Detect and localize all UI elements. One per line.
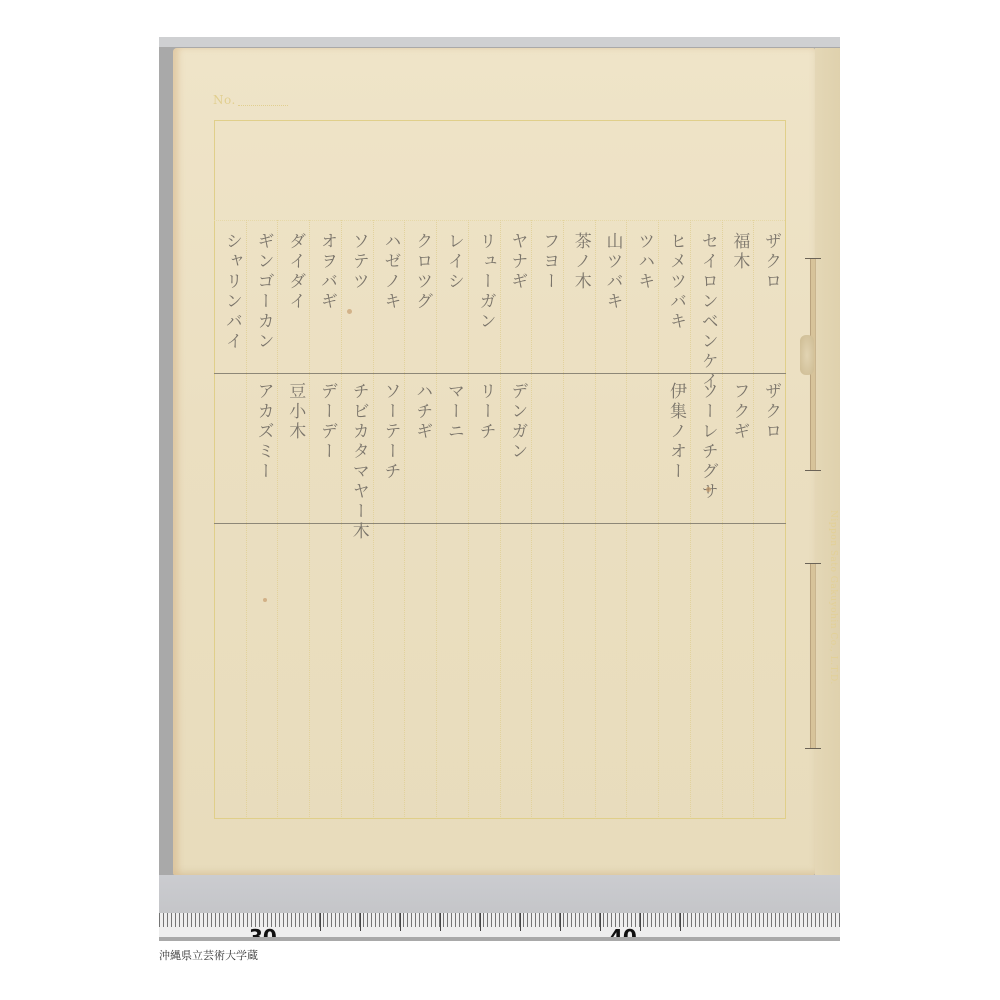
ruler-major-tick <box>400 913 401 931</box>
ruler-major-tick <box>520 913 521 931</box>
column-rule <box>563 220 564 817</box>
plant-name-entry: アカズミー <box>250 382 274 482</box>
plant-name-entry: ハゼノキ <box>376 232 400 312</box>
binding-stitch-bottom <box>805 748 821 749</box>
plant-name-entry: ハチギ <box>408 382 432 442</box>
ruler-shadow <box>159 937 840 941</box>
column-rule <box>404 220 405 817</box>
column-rule <box>690 220 691 817</box>
column-rule <box>658 220 659 817</box>
plant-name-entry: オヲバギ <box>313 232 337 312</box>
ruler-major-tick <box>600 913 601 931</box>
measurement-ruler: 30 40 <box>159 913 840 937</box>
column-rule <box>626 220 627 817</box>
plant-name-entry: リューガン <box>472 232 496 332</box>
plant-name-entry: ギンゴーカン <box>250 232 274 352</box>
column-rule <box>531 220 532 817</box>
plant-name-entry: ソーレチグサ <box>694 382 718 502</box>
backdrop-top <box>159 37 840 47</box>
column-rule <box>246 220 247 817</box>
column-rule <box>341 220 342 817</box>
column-rule <box>722 220 723 817</box>
plant-name-entry: ツハキ <box>630 232 654 292</box>
plant-name-entry: ソテツ <box>345 232 369 292</box>
plant-name-entry: デンガン <box>503 382 527 462</box>
binding-thread-lower <box>810 563 816 748</box>
ruler-major-tick <box>440 913 441 931</box>
binding-stitch-mid <box>805 470 821 471</box>
publisher-imprint: Nippon Sato Gakuyohin Co., L.T.D. <box>828 510 838 685</box>
column-rule <box>468 220 469 817</box>
plant-name-entry: ヤナギ <box>503 232 527 292</box>
ruler-major-tick <box>480 913 481 931</box>
plant-name-entry: ザクロ <box>757 382 781 442</box>
column-rule <box>373 220 374 817</box>
binding-stitch-top <box>805 258 821 259</box>
plant-name-entry: 伊集ノオー <box>662 382 686 482</box>
plant-name-entry: 福木 <box>725 232 749 272</box>
collection-credit: 沖縄県立芸術大学蔵 <box>159 947 258 963</box>
ruler-major-tick <box>680 913 681 931</box>
column-rule <box>500 220 501 817</box>
paper-stain <box>263 598 267 602</box>
ruler-big-label-left: 30 <box>249 925 277 937</box>
ruler-major-tick <box>360 913 361 931</box>
paper-stain <box>347 309 352 314</box>
column-rule <box>753 220 754 817</box>
plant-name-entry: リーチ <box>472 382 496 442</box>
column-rule <box>277 220 278 817</box>
plant-name-entry: ヒメツバキ <box>662 232 686 332</box>
column-rule <box>436 220 437 817</box>
row-divider-2 <box>214 523 786 524</box>
plant-name-entry: 豆小木 <box>281 382 305 442</box>
ruler-major-tick <box>560 913 561 931</box>
ruler-major-tick <box>320 913 321 931</box>
number-field-dots <box>238 105 288 106</box>
plant-name-entry: マーニ <box>440 382 464 442</box>
plant-name-entry: フクギ <box>725 382 749 442</box>
paper-stain <box>706 487 711 492</box>
plant-name-entry: ソーテーチ <box>376 382 400 482</box>
plant-name-entry: シャリンバイ <box>218 232 242 352</box>
column-rule <box>595 220 596 817</box>
binding-stitch-lower-top <box>805 563 821 564</box>
plant-name-entry: ザクロ <box>757 232 781 292</box>
column-rule <box>309 220 310 817</box>
plant-name-entry: 山ツバキ <box>599 232 623 312</box>
page-spine <box>815 48 840 875</box>
plant-name-entry: 茶ノ木 <box>567 232 591 292</box>
number-label: No. <box>213 93 236 107</box>
backdrop-bottom <box>159 875 840 915</box>
plant-name-entry: セイロンベンケイ <box>694 232 718 392</box>
plant-name-entry: ダイダイ <box>281 232 305 312</box>
plant-name-entry: レイシ <box>440 232 464 292</box>
ruler-major-tick <box>640 913 641 931</box>
plant-name-entry: フヨー <box>535 232 559 292</box>
thread-knot <box>800 335 814 375</box>
plant-name-entry: クロツグ <box>408 232 432 312</box>
plant-name-entry: チビカタマヤー木 <box>345 382 369 542</box>
plant-name-entry: デーデー <box>313 382 337 462</box>
ruler-big-label-right: 40 <box>609 925 637 937</box>
